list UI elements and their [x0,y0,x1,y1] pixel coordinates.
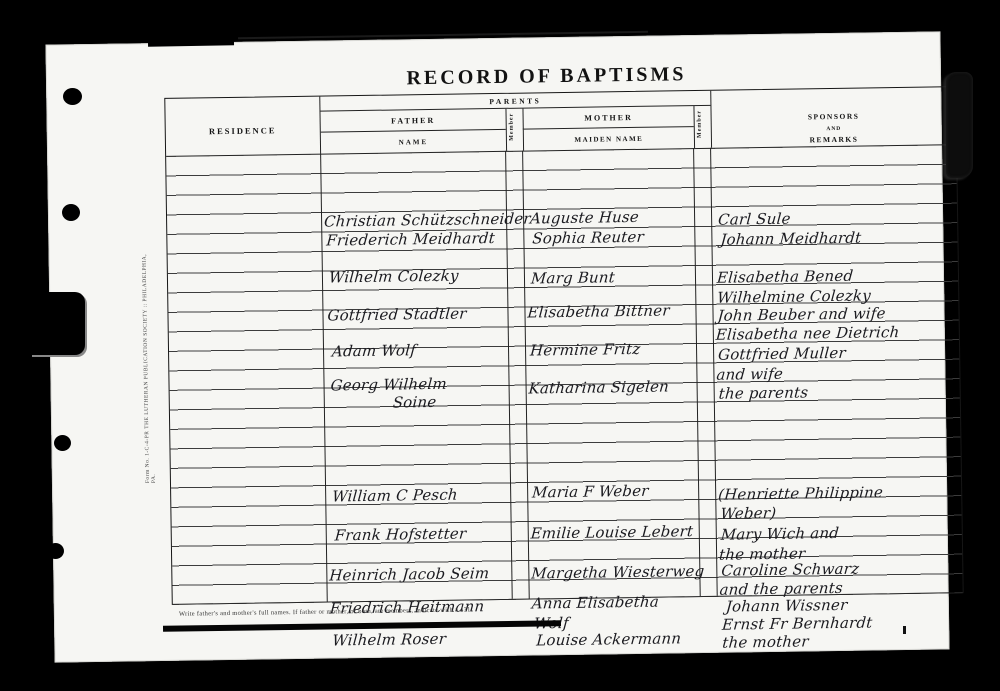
column-header-father-name: NAME [321,130,506,154]
scanned-page-background: RECORD OF BAPTISMS RESIDENCE PARENTS FAT… [0,0,1000,691]
handwritten-entry: Johann Meidhardt [720,229,862,249]
handwritten-entry: Mary Wich and [720,524,840,544]
handwritten-entry: Georg Wilhelm [330,375,448,395]
handwritten-entry: Wilhelm Colezky [328,267,459,287]
column-header-residence: RESIDENCE [165,97,321,156]
handwritten-entry: and wife [716,365,784,384]
handwritten-entry: Soine [392,393,437,412]
column-header-sponsors: SPONSORS AND REMARKS [710,87,956,148]
handwritten-entry: Sophia Reuter [532,228,645,248]
handwritten-entry: Gottfried Stadtler [327,304,467,324]
handwritten-entry: Johann Wissner [725,596,848,616]
scan-edge-mark [148,38,234,46]
baptism-table: RESIDENCE PARENTS FATHER NAME Member MOT… [164,86,963,605]
column-header-member-mother: Member [693,106,711,148]
column-header-member-father: Member [505,109,523,151]
handwritten-entry: Christian Schützschneider [323,209,531,230]
handwritten-entry: Caroline Schwarz [721,560,860,580]
sponsors-label: SPONSORS [808,112,860,122]
scan-speck [903,626,906,634]
handwritten-entry: Ernst Fr Bernhardt [721,613,873,633]
member-vertical-label: Member [509,113,515,141]
handwritten-entry: Elisabetha nee Dietrich [715,323,900,344]
punch-hole [47,543,64,559]
father-name-column: Christian SchützschneiderFriederich Meid… [321,151,513,602]
member-vertical-label: Member [697,110,703,138]
handwritten-entry: Maria F Weber [532,482,650,502]
sponsors-remarks-column: Carl SuleJohann MeidhardtElisabetha Bene… [711,144,963,596]
handwritten-entry: Katharina Sigelen [528,377,670,397]
handwritten-entry: Emilie Louise Lebert [530,522,694,542]
handwritten-entry: Elisabetha Bittner [527,301,671,321]
punch-hole [62,204,80,221]
mother-maiden-name-column: Auguste HuseSophia ReuterMarg BuntElisab… [523,148,701,598]
residence-column [166,154,328,604]
handwritten-entry: Louise Ackermann [536,629,682,649]
handwritten-entry: Wilhelmine Colezky [717,286,872,306]
handwritten-entry: John Beuber and wife [717,304,886,325]
handwritten-entry: Margetha Wiesterweg [531,562,705,583]
handwritten-entry: Marg Bunt [530,268,615,287]
remarks-label: REMARKS [809,134,858,144]
handwritten-entry: Frank Hofstetter [334,524,467,544]
column-header-maiden-name: MAIDEN NAME [523,127,694,151]
handwritten-entry: Gottfried Muller [717,344,846,364]
handwritten-entry: Hermine Fritz [529,340,641,360]
handwritten-entry: the parents [718,383,809,402]
handwritten-entry: Auguste Huse [529,208,639,228]
handwritten-entry: Heinrich Jacob Seim [329,564,490,584]
handwritten-entry: the mother [722,632,810,651]
handwritten-entry: Wilhelm Roser [332,630,447,650]
column-header-mother: MOTHER [522,106,693,130]
handwritten-entry: Adam Wolf [331,341,416,360]
punch-hole [54,435,71,451]
handwritten-entry: Carl Sule [717,210,791,229]
handwritten-entry: (Henriette Philippine [718,483,884,503]
binder-clip-artifact [946,72,973,178]
and-label: AND [826,126,841,132]
handwritten-entry: Elisabetha Bened [716,267,854,287]
column-header-father: FATHER [320,109,505,133]
paper: RECORD OF BAPTISMS RESIDENCE PARENTS FAT… [45,31,949,662]
edge-notch [30,292,85,355]
handwritten-entry: Weber) [720,504,777,523]
printer-imprint-vertical: Form No. 1-C-4-PR THE LUTHERAN PUBLICATI… [141,248,156,483]
punch-hole [63,88,82,105]
handwritten-entry: Friederich Meidhardt [326,229,496,250]
handwritten-entry: William C Pesch [332,486,459,506]
